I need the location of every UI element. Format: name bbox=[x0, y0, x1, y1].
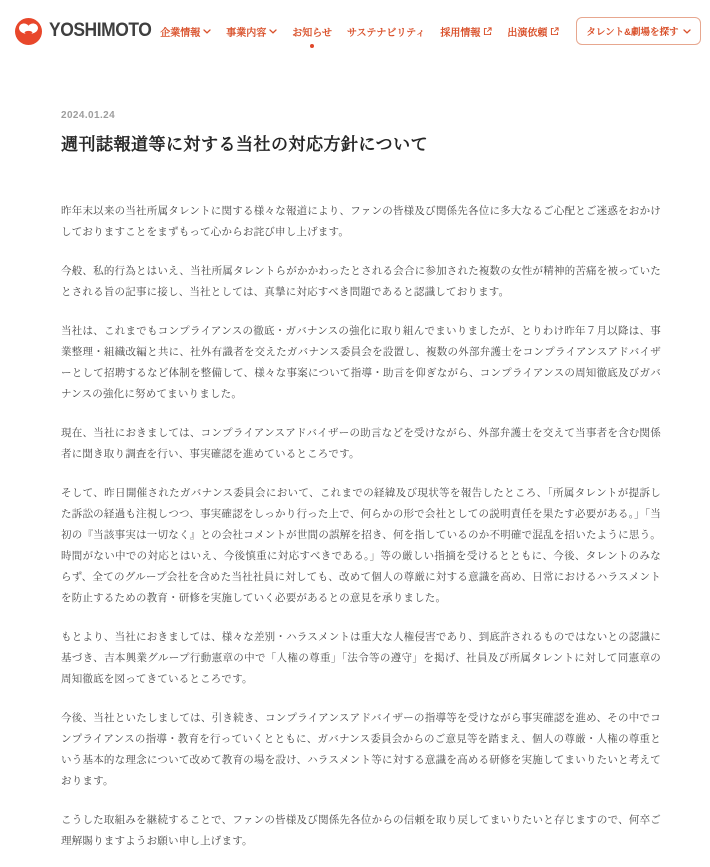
article-paragraph: こうした取組みを継続することで、ファンの皆様及び関係先各位からの信頼を取り戻して… bbox=[61, 810, 661, 852]
nav-item-booking[interactable]: 出演依頼 bbox=[507, 24, 559, 39]
nav-item-corporate-info[interactable]: 企業情報 bbox=[160, 24, 211, 39]
nav-item-news[interactable]: お知らせ bbox=[292, 24, 332, 39]
logo-wordmark: YOSHIMOTO bbox=[49, 20, 151, 42]
article-body: 昨年末以来の当社所属タレントに関する様々な報道により、ファンの皆様及び関係先各位… bbox=[61, 201, 661, 852]
article-paragraph: 今後、当社といたしましては、引き続き、コンプライアンスアドバイザーの指導等を受け… bbox=[61, 708, 661, 792]
article-page: 2024.01.24 週刊誌報道等に対する当社の対応方針について 昨年末以来の当… bbox=[0, 56, 710, 852]
nav-item-sustainability[interactable]: サステナビリティ bbox=[347, 24, 425, 39]
article-title: 週刊誌報道等に対する当社の対応方針について bbox=[61, 130, 661, 155]
nav-label: 出演依頼 bbox=[507, 24, 547, 39]
nav-label: 企業情報 bbox=[160, 24, 200, 39]
yoshimoto-smile-icon bbox=[15, 18, 42, 45]
external-link-icon bbox=[483, 27, 492, 36]
site-header: YOSHIMOTO 企業情報 事業内容 お知らせ サステナビリティ 採用情報 bbox=[0, 0, 710, 56]
article-paragraph: 昨年末以来の当社所属タレントに関する様々な報道により、ファンの皆様及び関係先各位… bbox=[61, 201, 661, 243]
nav-label: サステナビリティ bbox=[347, 24, 425, 39]
cta-label: タレント&劇場を探す bbox=[586, 24, 678, 38]
nav-item-business[interactable]: 事業内容 bbox=[226, 24, 277, 39]
chevron-down-icon bbox=[203, 29, 211, 34]
nav-label: 採用情報 bbox=[440, 24, 480, 39]
article-paragraph: 今般、私的行為とはいえ、当社所属タレントらがかかわったとされる会合に参加された複… bbox=[61, 261, 661, 303]
primary-nav: 企業情報 事業内容 お知らせ サステナビリティ 採用情報 bbox=[160, 17, 700, 45]
active-page-dot bbox=[310, 44, 314, 48]
nav-label: 事業内容 bbox=[226, 24, 266, 39]
article-date: 2024.01.24 bbox=[61, 110, 661, 121]
article-paragraph: もとより、当社におきましては、様々な差別・ハラスメントは重大な人権侵害であり、到… bbox=[61, 627, 661, 690]
chevron-down-icon bbox=[269, 29, 277, 34]
external-link-icon bbox=[550, 27, 559, 36]
nav-item-recruit[interactable]: 採用情報 bbox=[440, 24, 492, 39]
article-paragraph: 当社は、これまでもコンプライアンスの徹底・ガバナンスの強化に取り組んでまいりまし… bbox=[61, 321, 661, 405]
yoshimoto-logo[interactable]: YOSHIMOTO bbox=[15, 18, 160, 45]
find-talent-theater-button[interactable]: タレント&劇場を探す bbox=[576, 17, 700, 45]
chevron-down-icon bbox=[683, 29, 691, 34]
article-paragraph: そして、昨日開催されたガバナンス委員会において、これまでの経緯及び現状等を報告し… bbox=[61, 483, 661, 609]
article-paragraph: 現在、当社におきましては、コンプライアンスアドバイザーの助言などを受けながら、外… bbox=[61, 423, 661, 465]
nav-label: お知らせ bbox=[292, 24, 332, 39]
